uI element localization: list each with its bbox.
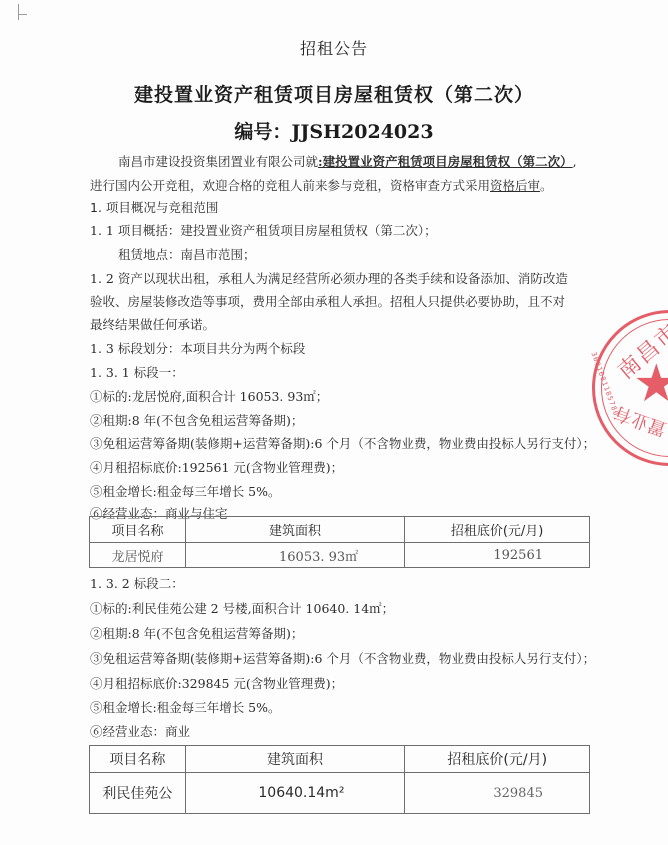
lot-1-item: ①标的:龙居悦府,面积合计 16053. 93㎡；: [90, 387, 328, 405]
lot-1-item: ④月租招标底价:192561 元(含物业管理费)；: [90, 458, 343, 476]
intro-line-1: 南昌市建设投资集团置业有限公司就:建投置业资产租赁项目房屋租赁权（第二次）,: [118, 152, 577, 170]
header-project-name: 项目名称: [90, 517, 186, 543]
document-title: 招租公告: [0, 36, 668, 59]
document-code: 编号：JJSH2024023: [0, 117, 668, 144]
cell-reserve-price: 329845: [405, 773, 590, 814]
lot-2-heading: 1. 3. 2 标段二：: [90, 574, 184, 592]
table-row: 利民佳苑公 10640.14m² 329845: [90, 773, 590, 814]
project-title: 建投置业资产租赁项目房屋租赁权（第二次）: [0, 80, 668, 107]
section-1-1: 1. 1 项目概括：建投置业资产租赁项目房屋租赁权（第二次）；: [90, 221, 437, 239]
header-project-name: 项目名称: [90, 746, 186, 773]
lot-2-table: 项目名称 建筑面积 招租底价(元/月) 利民佳苑公 10640.14m² 329…: [89, 745, 590, 814]
header-floor-area: 建筑面积: [185, 746, 405, 773]
crop-mark: [18, 4, 25, 20]
section-1-2-line-3: 最终结果做任何承诺。: [90, 315, 215, 333]
intro-company: 南昌市建设投资集团置业有限公司就: [118, 154, 318, 169]
star-icon: ★: [633, 358, 668, 410]
cell-project-name: 龙居悦府: [90, 543, 186, 568]
intro-punct: ,: [573, 154, 577, 169]
intro-line-2: 进行国内公开竞租，欢迎合格的竞租人前来参与竞租，资格审查方式采用资格后审。: [90, 176, 553, 194]
cell-reserve-price: 192561: [405, 543, 590, 568]
section-1-heading: 1. 项目概况与竞租范围: [90, 198, 218, 216]
lease-location: 租赁地点：南昌市范围；: [118, 245, 256, 263]
lot-2-item: ②租期:8 年(不包含免租运营筹备期)；: [90, 624, 303, 642]
cell-project-name: 利民佳苑公: [90, 773, 186, 814]
table-row: 龙居悦府 16053. 93㎡ 192561: [90, 543, 590, 568]
header-reserve-price: 招租底价(元/月): [405, 746, 590, 773]
table-header-row: 项目名称 建筑面积 招租底价(元/月): [90, 746, 590, 773]
lot-2-item: ⑤租金增长:租金每三年增长 5%。: [90, 698, 281, 716]
intro-project-link: :建投置业资产租赁项目房屋租赁权（第二次）: [318, 154, 573, 169]
section-1-2-line-1: 1. 2 资产以现状出租，承租人为满足经营所必须办理的各类手续和设备添加、消防改…: [90, 269, 568, 287]
lot-2-item: ④月租招标底价:329845 元(含物业管理费)；: [90, 674, 343, 692]
company-seal: 3601081185780 南昌市建 ★ 置业有: [592, 310, 668, 466]
lot-2-item: ⑥经营业态：商业: [90, 722, 190, 740]
cell-floor-area: 16053. 93㎡: [185, 543, 404, 568]
section-1-3: 1. 3 标段划分：本项目共分为两个标段: [90, 339, 305, 357]
header-floor-area: 建筑面积: [185, 517, 404, 543]
cell-floor-area: 10640.14m²: [185, 773, 405, 814]
lot-1-heading: 1. 3. 1 标段一：: [90, 363, 184, 381]
intro-punct: 。: [540, 178, 553, 193]
lot-1-item: ⑤租金增长:租金每三年增长 5%。: [90, 482, 281, 500]
section-1-2-line-2: 验收、房屋装修改造等事项，费用全部由承租人承担。招租人只提供必要协助，且不对: [90, 292, 565, 310]
lot-1-item: ③免租运营筹备期(装修期+运营筹备期):6 个月（不含物业费，物业费由投标人另行…: [90, 434, 595, 452]
lot-1-table: 项目名称 建筑面积 招租底价(元/月) 龙居悦府 16053. 93㎡ 1925…: [89, 516, 590, 568]
lot-2-item: ①标的:利民佳苑公建 2 号楼,面积合计 10640. 14㎡；: [90, 599, 394, 617]
header-reserve-price: 招租底价(元/月): [405, 517, 590, 543]
announcement-page: 招租公告 建投置业资产租赁项目房屋租赁权（第二次） 编号：JJSH2024023…: [0, 0, 668, 845]
lot-2-item: ③免租运营筹备期(装修期+运营筹备期):6 个月（不含物业费，物业费由投标人另行…: [90, 649, 595, 667]
intro-text: 进行国内公开竞租，欢迎合格的竞租人前来参与竞租，资格审查方式采用: [90, 178, 490, 193]
lot-1-item: ②租期:8 年(不包含免租运营筹备期)；: [90, 411, 303, 429]
table-header-row: 项目名称 建筑面积 招租底价(元/月): [90, 517, 590, 543]
qualification-review-method: 资格后审: [490, 178, 540, 193]
